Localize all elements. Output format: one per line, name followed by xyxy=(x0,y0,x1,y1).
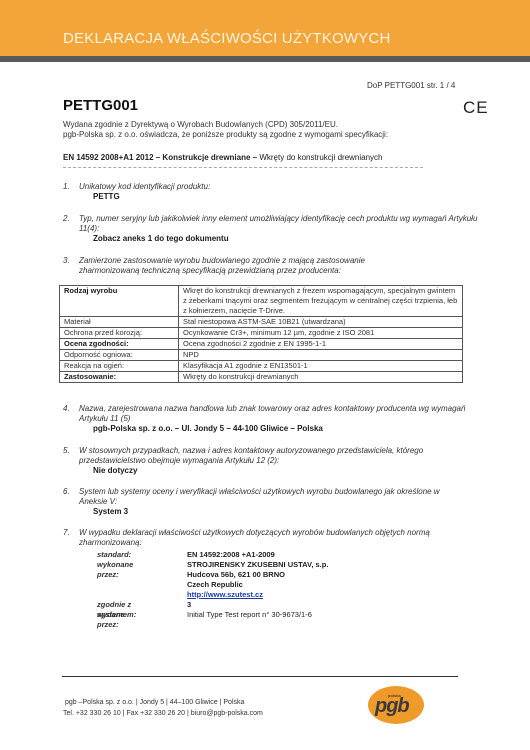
norm-bold: EN 14592 2008+A1 2012 – Konstrukcje drew… xyxy=(63,153,257,162)
item-question: W stosownych przypadkach, nazwa i adres … xyxy=(79,446,489,466)
item-question: Typ, numer seryjny lub jakikolwiek inny … xyxy=(79,214,489,234)
norm-rest: Wkręty do konstrukcji drewnianych xyxy=(257,153,382,162)
table-row: Odporność ogniowa: NPD xyxy=(60,350,463,361)
intro-line-1: Wydana zgodnie z Dyrektywą o Wyrobach Bu… xyxy=(63,120,388,130)
property-value: Wkręty do konstrukcji drewnianych xyxy=(179,372,463,383)
norm-line: EN 14592 2008+A1 2012 – Konstrukcje drew… xyxy=(63,153,383,162)
table-row: Ocena zgodności: Ocena zgodności 2 zgodn… xyxy=(60,339,463,350)
item-question: Unikatowy kod identyfikacji produktu: xyxy=(79,182,489,192)
document-title: DEKLARACJA WŁAŚCIWOŚCI UŻYTKOWYCH xyxy=(63,30,390,47)
intro-line-2: pgb-Polska sp. z o.o. oświadcza, że poni… xyxy=(63,130,388,140)
footer-contact: Tel. +32 330 26 10 | Fax +32 330 26 20 |… xyxy=(63,710,263,717)
item-number: 2. xyxy=(63,214,70,224)
table-row: Zastosowanie: Wkręty do konstrukcji drew… xyxy=(60,372,463,383)
pgb-logo: polska pgb xyxy=(368,686,424,724)
detail-value: Initial Type Test report n° 30-9673/1-6 xyxy=(187,610,312,620)
header-strip xyxy=(0,56,530,62)
detail-value: STROJIRENSKY ZKUSEBNI USTAV, s.p. xyxy=(187,560,328,570)
footer-address: pgb –Polska sp. z o.o. | Jondy 5 | 44–10… xyxy=(65,699,244,706)
property-value: NPD xyxy=(179,350,463,361)
properties-table: Rodzaj wyrobu Wkręt do konstrukcji drewn… xyxy=(59,285,463,383)
property-key: Reakcja na ogień: xyxy=(60,361,179,372)
detail-label: standard: xyxy=(97,550,131,560)
property-key: Ochrona przed korozją: xyxy=(60,328,179,339)
table-row: Rodzaj wyrobu Wkręt do konstrukcji drewn… xyxy=(60,286,463,317)
detail-value: Hudcova 56b, 621 00 BRNO xyxy=(187,570,285,580)
item-number: 7. xyxy=(63,528,70,538)
page-reference: DoP PETTG001 str. 1 / 4 xyxy=(367,81,455,90)
dashed-divider xyxy=(63,167,423,168)
item-number: 1. xyxy=(63,182,70,192)
detail-label: wykonane przez: xyxy=(97,560,133,580)
item-answer: System 3 xyxy=(93,507,128,517)
table-row: Ochrona przed korozją: Ocynkowanie Cr3+,… xyxy=(60,328,463,339)
property-key: Materiał xyxy=(60,317,179,328)
item-number: 5. xyxy=(63,446,70,456)
property-key: Zastosowanie: xyxy=(60,372,179,383)
ce-mark-icon: CE xyxy=(463,98,489,118)
detail-value: EN 14592:2008 +A1-2009 xyxy=(187,550,275,560)
item-number: 3. xyxy=(63,256,70,266)
item-question: W wypadku deklaracji właściwości użytkow… xyxy=(79,528,469,548)
item-answer: PETTG xyxy=(93,192,120,202)
detail-value: Czech Republic xyxy=(187,580,243,590)
property-key: Ocena zgodności: xyxy=(60,339,179,350)
detail-label: wydane przez: xyxy=(97,610,125,630)
property-key: Odporność ogniowa: xyxy=(60,350,179,361)
item-answer: Zobacz aneks 1 do tego dokumentu xyxy=(93,234,229,244)
property-value: Ocena zgodności 2 zgodnie z EN 1995-1-1 xyxy=(179,339,463,350)
footer-divider xyxy=(62,676,458,677)
item-answer: Nie dotyczy xyxy=(93,466,137,476)
logo-text: pgb xyxy=(375,695,409,718)
item-number: 4. xyxy=(63,404,70,414)
property-key: Rodzaj wyrobu xyxy=(60,286,179,317)
item-question: Zamierzone zastosowanie wyrobu budowlane… xyxy=(79,256,399,276)
item-answer: pgb-Polska sp. z o.o. – Ul. Jondy 5 – 44… xyxy=(93,424,323,434)
header-band: DEKLARACJA WŁAŚCIWOŚCI UŻYTKOWYCH xyxy=(0,0,530,56)
product-code-heading: PETTG001 xyxy=(63,97,138,114)
property-value: Wkręt do konstrukcji drewnianych z freze… xyxy=(179,286,463,317)
item-question: System lub systemy oceny i weryfikacji w… xyxy=(79,487,459,507)
detail-value: 3 xyxy=(187,600,191,610)
website-link[interactable]: http://www.szutest.cz xyxy=(187,590,263,600)
item-question: Nazwa, zarejestrowana nazwa handlowa lub… xyxy=(79,404,489,424)
property-value: Ocynkowanie Cr3+, minimum 12 µm, zgodnie… xyxy=(179,328,463,339)
property-value: Stal niestopowa ASTM-SAE 10B21 (utwardza… xyxy=(179,317,463,328)
intro-text: Wydana zgodnie z Dyrektywą o Wyrobach Bu… xyxy=(63,120,388,140)
table-row: Reakcja na ogień: Klasyfikacja A1 zgodni… xyxy=(60,361,463,372)
item-number: 6. xyxy=(63,487,70,497)
property-value: Klasyfikacja A1 zgodnie z EN13501-1 xyxy=(179,361,463,372)
table-row: Materiał Stal niestopowa ASTM-SAE 10B21 … xyxy=(60,317,463,328)
